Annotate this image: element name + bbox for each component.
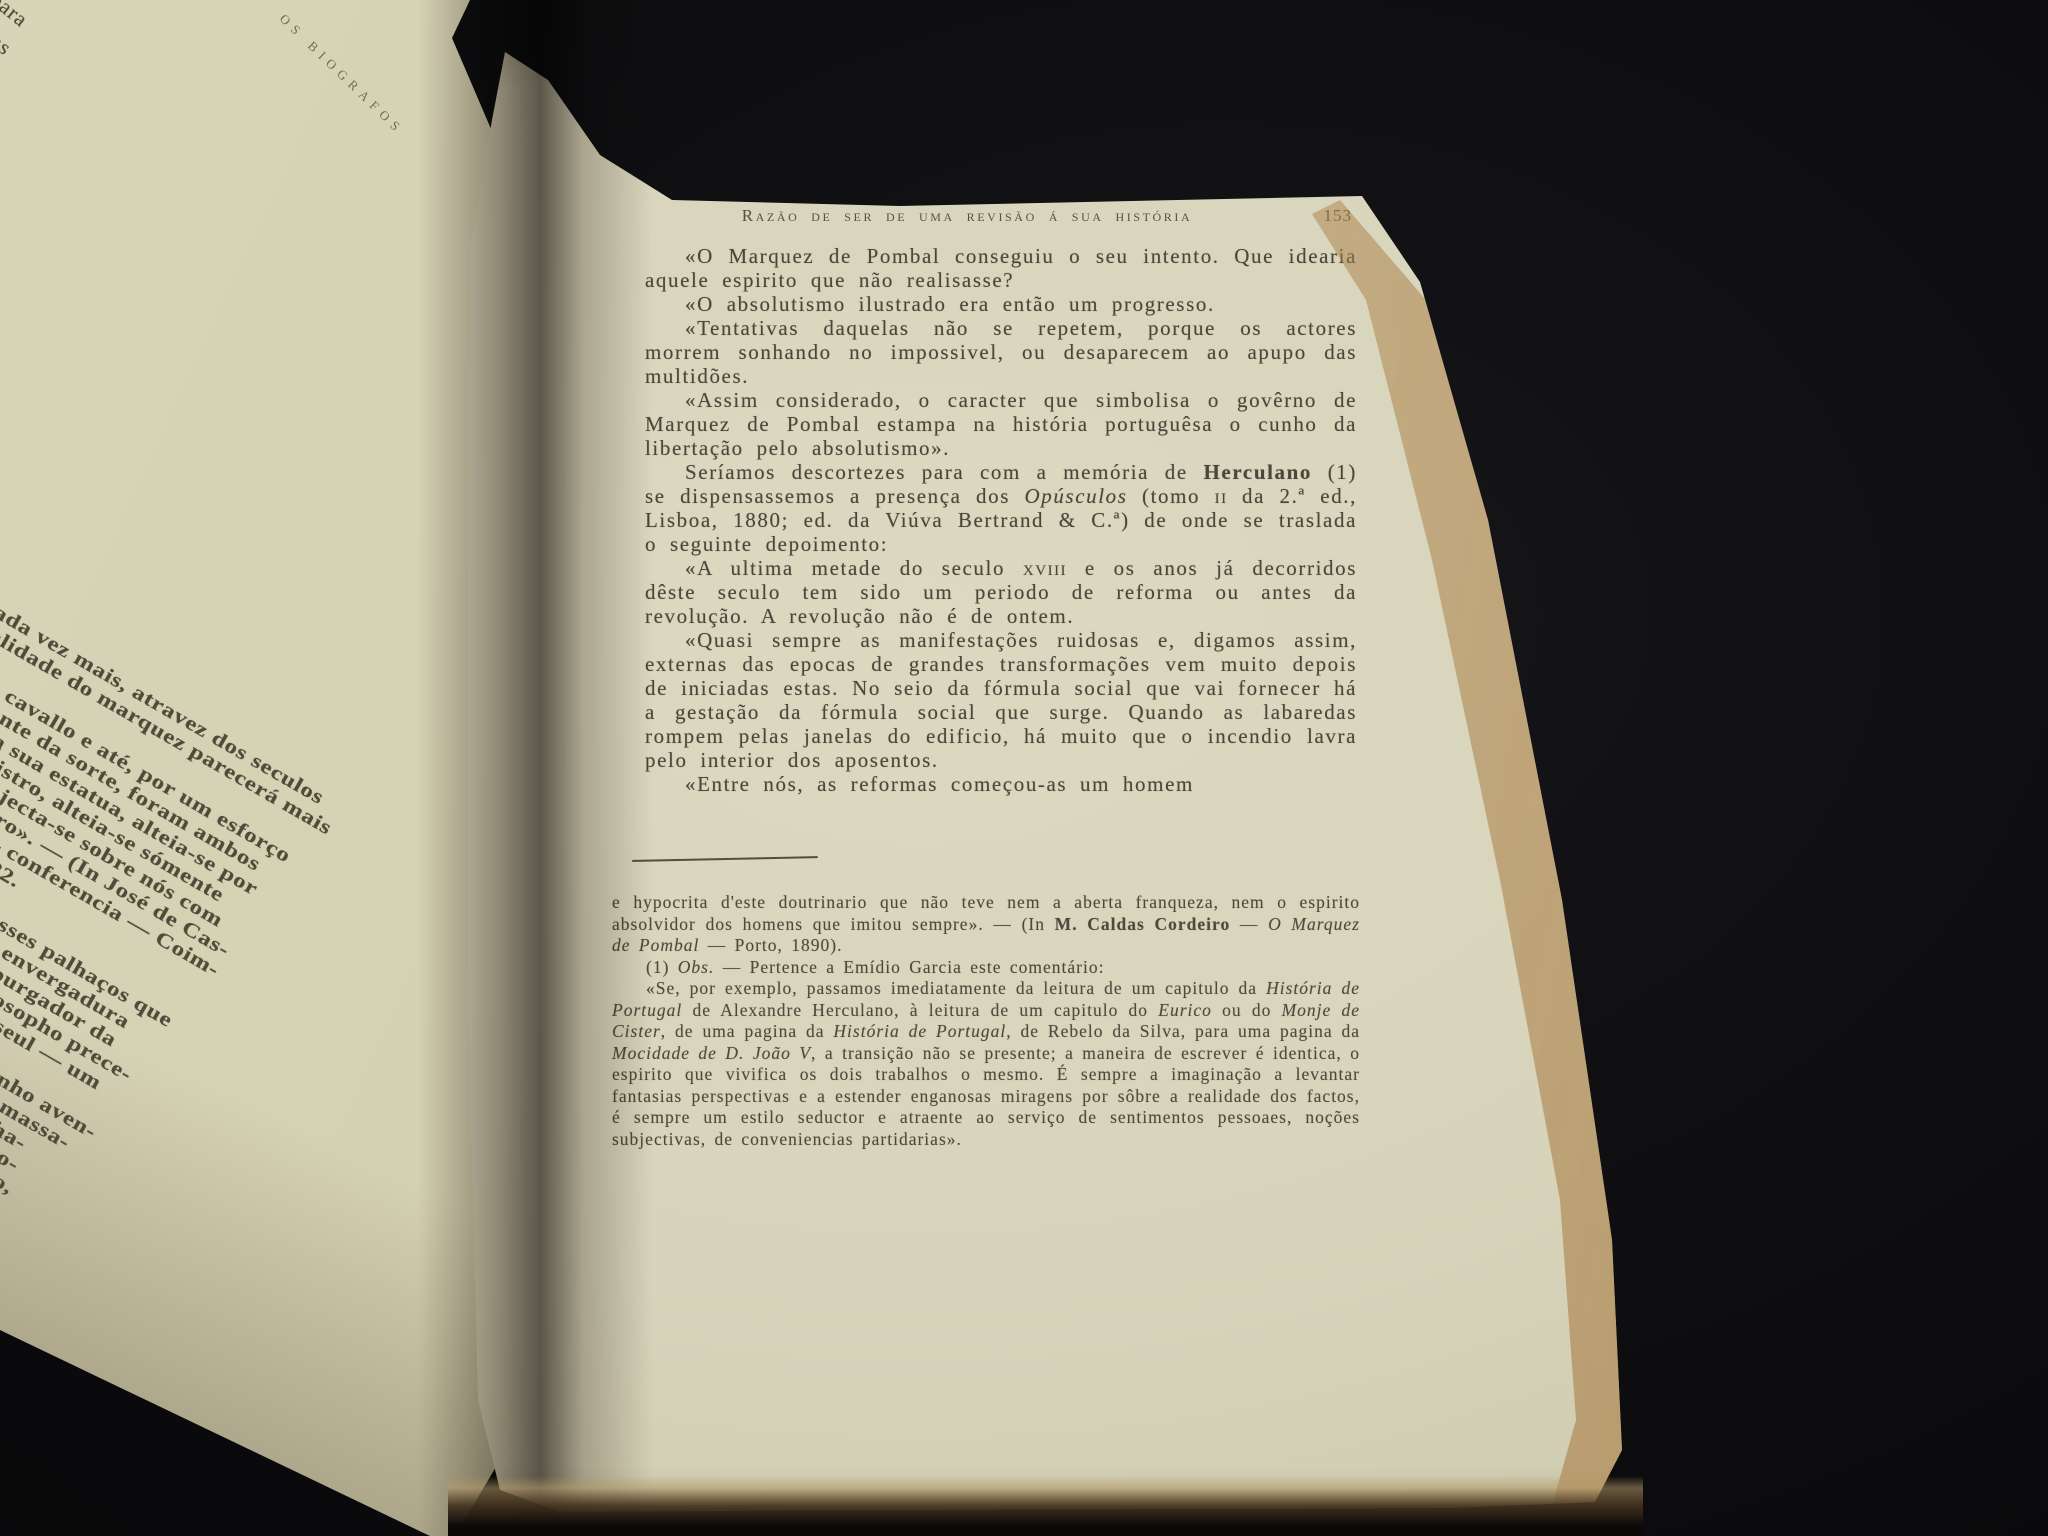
footnote: (1) Obs. — Pertence a Emídio Garcia este… — [612, 957, 1360, 979]
left-page-text-upper: o botequim popular paracomum. Assim, em … — [0, 0, 238, 601]
paragraph: «A ultima metade do seculo xviii e os an… — [645, 556, 1357, 628]
paragraph: «Assim considerado, o caracter que simbo… — [645, 388, 1357, 460]
paragraph: «O absolutismo ilustrado era então um pr… — [645, 292, 1357, 316]
footnote: «Se, por exemplo, passamos imediatamente… — [612, 978, 1360, 1150]
page-number: 153 — [1324, 206, 1353, 226]
paragraph: «O Marquez de Pombal conseguiu o seu int… — [645, 244, 1357, 292]
book-photo: os biografos o botequim popular paracomu… — [0, 0, 2048, 1536]
footnote-separator — [632, 856, 818, 862]
page-header: Razão de ser de uma revisão á sua histór… — [640, 206, 1354, 232]
paragraph: Seríamos descortezes para com a memória … — [645, 460, 1357, 556]
footnote: e hypocrita d'este doutrinario que não t… — [612, 892, 1360, 957]
running-header: Razão de ser de uma revisão á sua histór… — [640, 206, 1294, 226]
left-page-text-lower: e bemdizel-a cada vez mais, atravez dos … — [0, 520, 347, 1344]
footnotes: e hypocrita d'este doutrinario que não t… — [612, 892, 1360, 1150]
page-body: «O Marquez de Pombal conseguiu o seu int… — [645, 244, 1357, 796]
left-running-header: os biografos — [275, 8, 410, 139]
paragraph: «Tentativas daquelas não se repetem, por… — [645, 316, 1357, 388]
paragraph: «Entre nós, as reformas começou-as um ho… — [645, 772, 1357, 796]
paragraph: «Quasi sempre as manifestações ruidosas … — [645, 628, 1357, 772]
